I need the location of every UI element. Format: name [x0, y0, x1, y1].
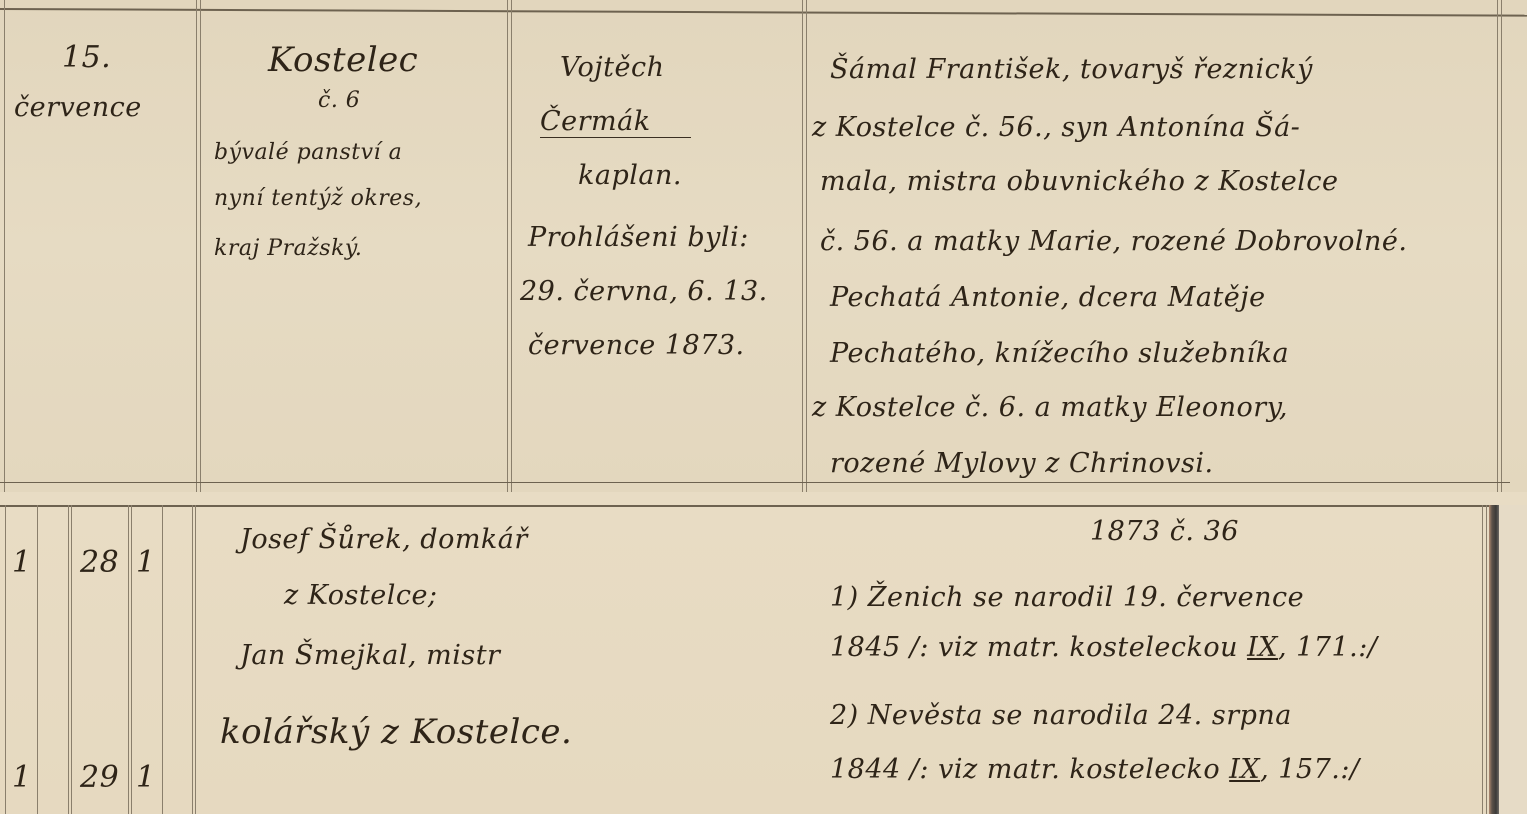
- column-rule: [1501, 0, 1502, 492]
- notes-line: 2) Nevěsta se narodila 24. srpna: [830, 700, 1292, 731]
- officiant-surname: Čermák: [540, 106, 691, 138]
- couple-line: č. 56. a matky Marie, rozené Dobrovolné.: [820, 226, 1407, 257]
- couple-line: Pechatá Antonie, dcera Matěje: [830, 282, 1266, 313]
- notes-text: 1845 /: viz matr. kosteleckou: [830, 632, 1238, 663]
- place-line: nyní tentýž okres,: [214, 186, 422, 211]
- column-rule: [802, 0, 803, 492]
- couple-line: mala, mistra obuvnického z Kostelce: [820, 166, 1338, 197]
- notes-line: 1844 /: viz matr. kostelecko IX, 157.:/: [830, 754, 1360, 785]
- column-rule: [1497, 0, 1498, 492]
- witness-line: kolářský z Kostelce.: [220, 712, 572, 752]
- column-rule: [4, 0, 5, 492]
- column-rule: [37, 505, 38, 814]
- couple-line: z Kostelce č. 6. a matky Eleonory,: [812, 392, 1288, 423]
- column-rule: [131, 505, 132, 814]
- place-line: bývalé panství a: [214, 140, 402, 165]
- banns-dates: července 1873.: [528, 330, 745, 361]
- entry-month: července: [14, 92, 142, 123]
- section-rule: [0, 505, 1495, 507]
- witness-line: Jan Šmejkal, mistr: [240, 640, 500, 671]
- age-col2: 29: [80, 760, 119, 795]
- notes-text: , 171.:/: [1278, 632, 1377, 663]
- officiant-title: kaplan.: [578, 160, 682, 191]
- column-rule: [5, 505, 6, 814]
- facing-page-edge: [1499, 505, 1527, 814]
- column-rule: [192, 505, 193, 814]
- column-rule: [196, 0, 197, 492]
- column-rule: [71, 505, 72, 814]
- notes-line: 1845 /: viz matr. kosteleckou IX, 171.:/: [830, 632, 1377, 663]
- entry-day: 15.: [62, 40, 111, 75]
- age-col3: 1: [136, 760, 156, 795]
- officiant-first-name: Vojtěch: [560, 52, 665, 83]
- place-line: kraj Pražský.: [214, 236, 362, 261]
- binding-edge: [1489, 505, 1499, 814]
- column-rule: [195, 505, 196, 814]
- couple-line: z Kostelce č. 56., syn Antonína Šá-: [812, 112, 1300, 143]
- place-house-number: č. 6: [318, 88, 360, 113]
- section-rule: [0, 482, 1510, 483]
- column-rule: [162, 505, 163, 814]
- couple-line: Šámal František, tovaryš řeznický: [830, 54, 1313, 85]
- notes-header: 1873 č. 36: [1090, 516, 1239, 547]
- banns-dates: 29. června, 6. 13.: [520, 276, 768, 307]
- column-rule: [128, 505, 129, 814]
- place-name: Kostelec: [268, 40, 418, 80]
- column-rule: [511, 0, 512, 492]
- column-rule: [1482, 505, 1483, 814]
- column-rule: [806, 0, 807, 492]
- column-rule: [1486, 505, 1487, 814]
- column-rule: [507, 0, 508, 492]
- column-rule: [200, 0, 201, 492]
- volume-roman-numeral: IX: [1229, 754, 1260, 785]
- couple-line: rozené Mylovy z Chrinovsi.: [830, 448, 1214, 479]
- column-rule: [68, 505, 69, 814]
- witness-line: Josef Šůrek, domkář: [240, 524, 528, 555]
- notes-text: 1844 /: viz matr. kostelecko: [830, 754, 1220, 785]
- witness-line: z Kostelce;: [284, 580, 438, 611]
- volume-roman-numeral: IX: [1247, 632, 1278, 663]
- age-col2: 28: [80, 545, 119, 580]
- notes-line: 1) Ženich se narodil 19. července: [830, 582, 1304, 613]
- banns-label: Prohlášeni byli:: [528, 222, 749, 253]
- age-col1: 1: [12, 545, 32, 580]
- notes-text: , 157.:/: [1260, 754, 1359, 785]
- age-col3: 1: [136, 545, 156, 580]
- age-col1: 1: [12, 760, 32, 795]
- couple-line: Pechatého, knížecího služebníka: [830, 338, 1289, 369]
